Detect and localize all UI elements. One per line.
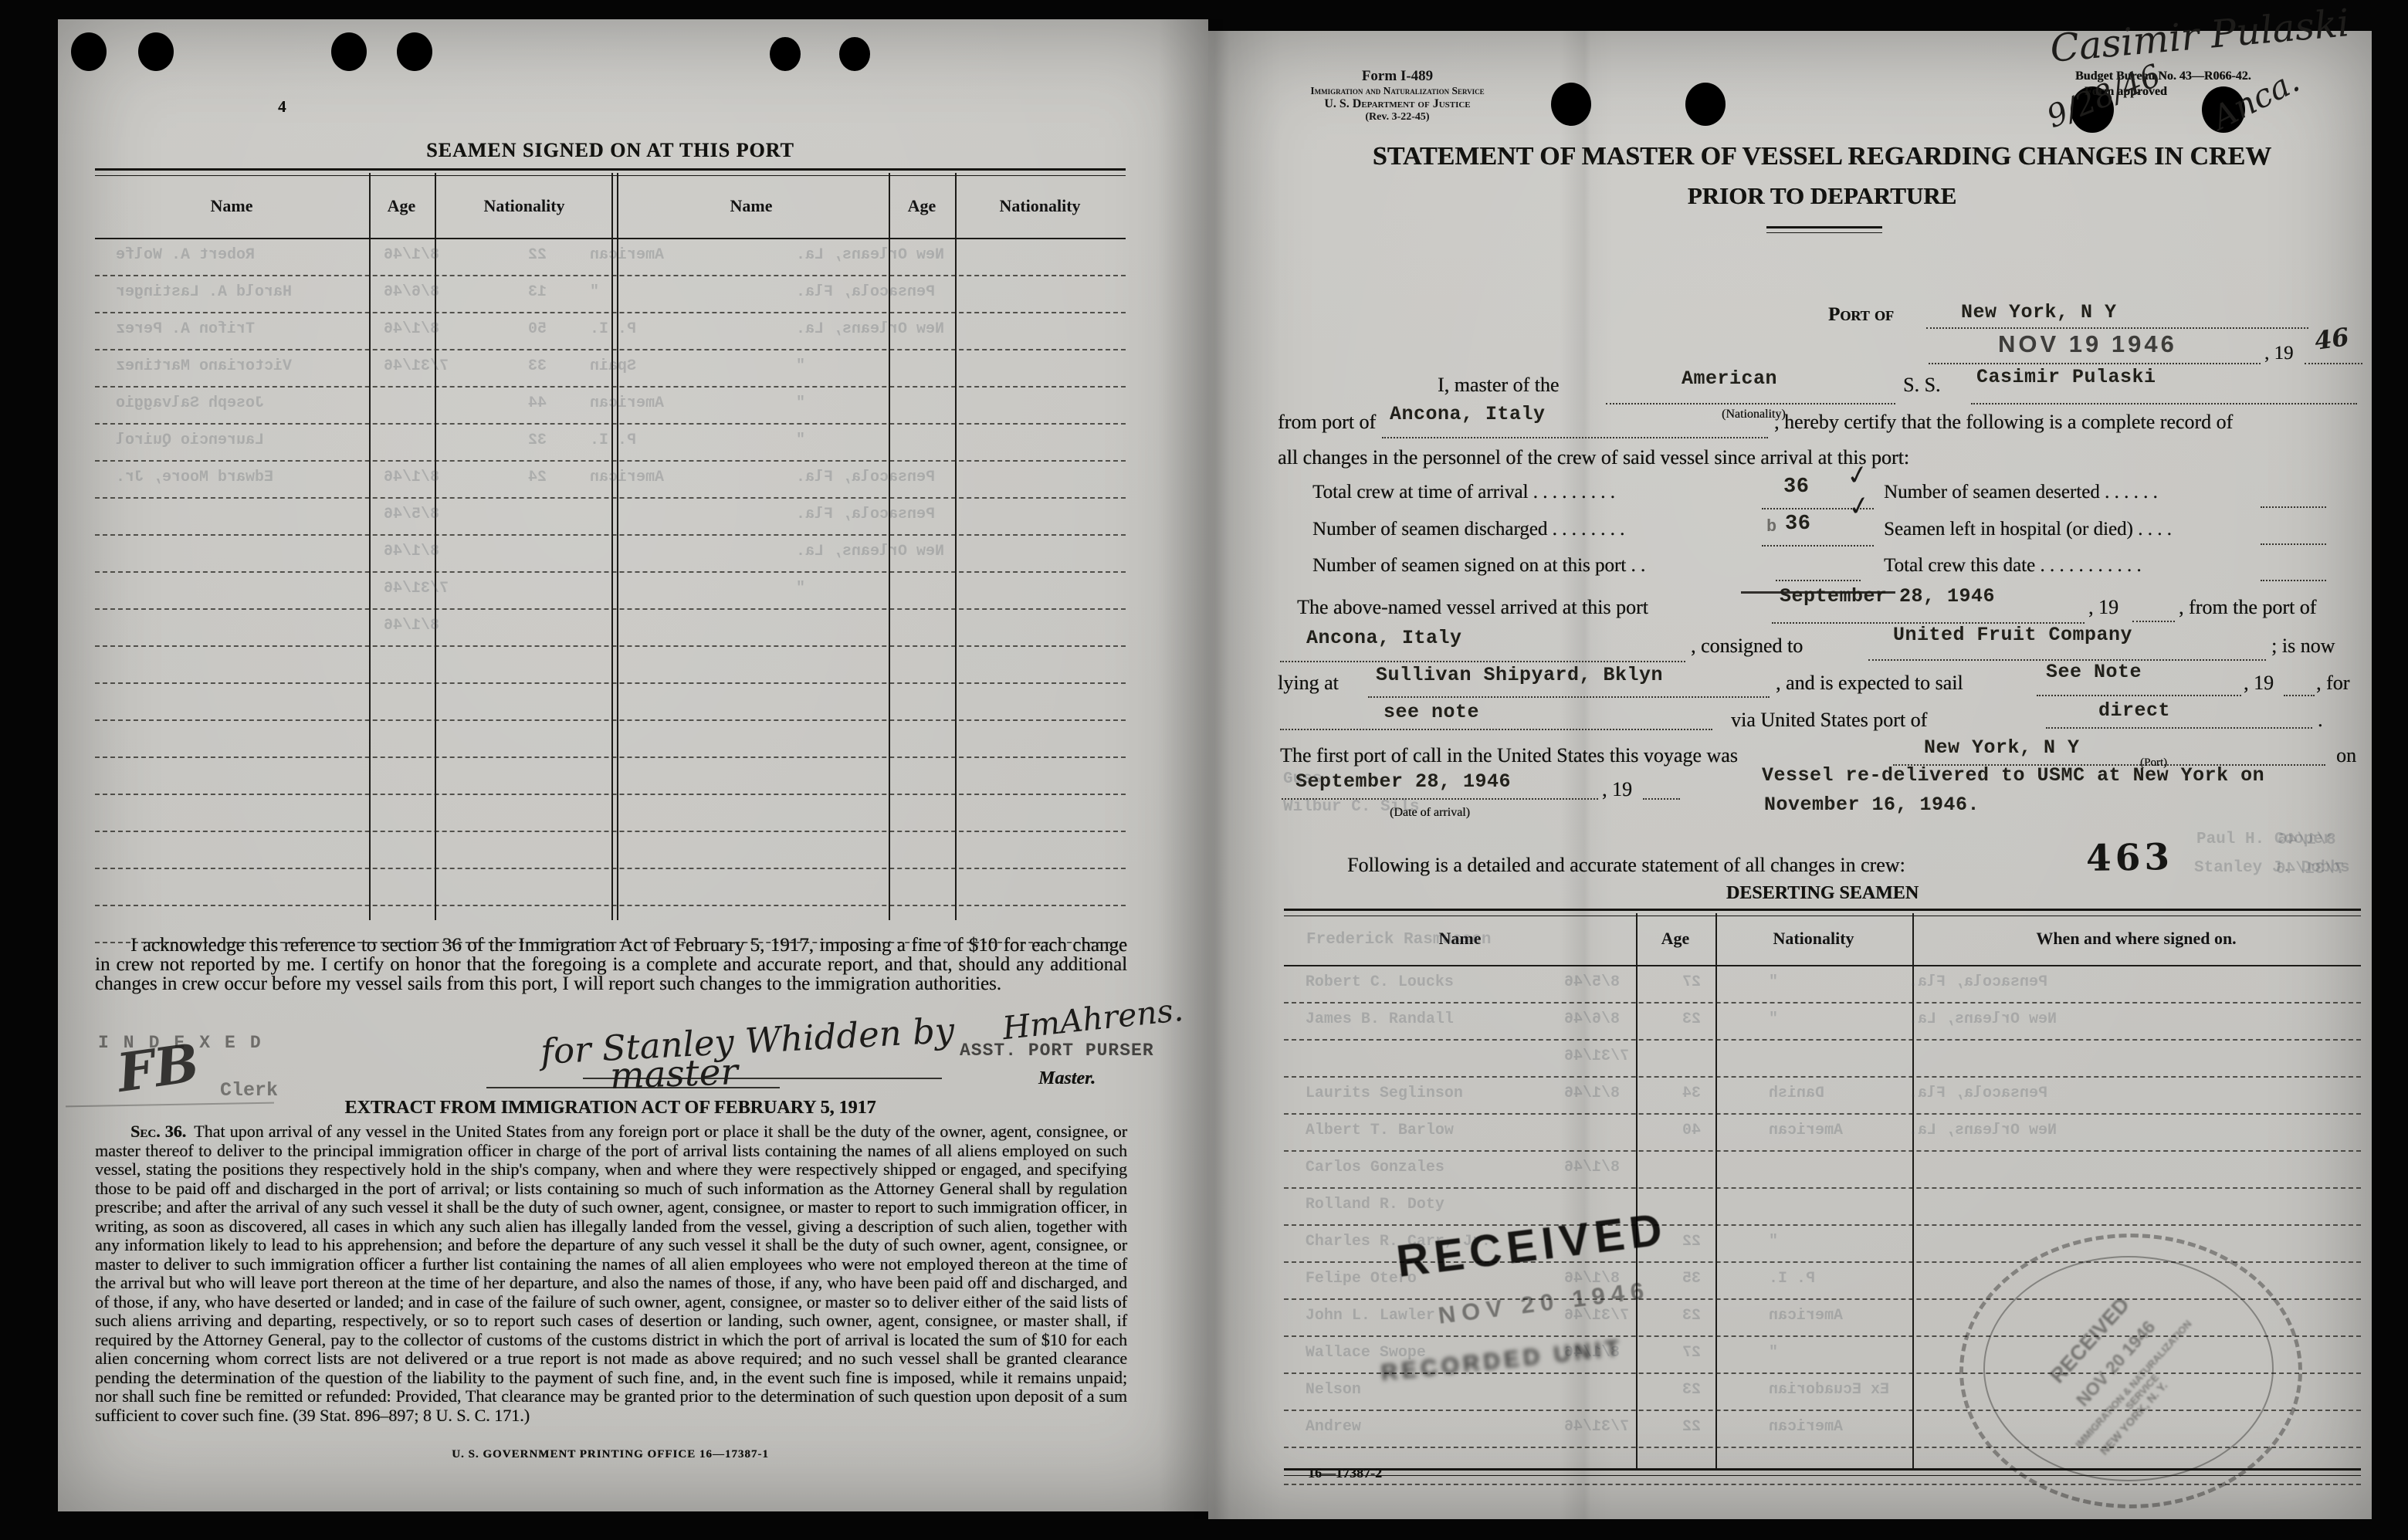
master-line [486, 1087, 780, 1088]
column-header: Nationality [999, 196, 1080, 216]
arrived-19-blank [2132, 621, 2175, 622]
date-received-stamp: NOV 19 1946 [1998, 330, 2177, 358]
bleed-through-text: 44 [528, 394, 547, 412]
bleed-through-text: " [590, 283, 599, 301]
bleed-through-text: 23 [1682, 1381, 1701, 1399]
bleed-through-text: 8/1/46 [384, 543, 439, 560]
table-row: Trifon A. Perez50P. I.8/1/46New Orleans,… [95, 313, 1126, 350]
bleed-through-text: Danish [1769, 1085, 1824, 1102]
form-id-block: Form I-489 Immigration and Naturalizatio… [1278, 68, 1517, 124]
column-header: When and where signed on. [2036, 929, 2236, 949]
page-number: 4 [278, 97, 286, 117]
column-header: Nationality [1773, 929, 1854, 949]
via-blank2 [2046, 727, 2312, 729]
consigned-blank1 [1280, 661, 1685, 662]
table-row: James B. Randall23"8/6/46New Orleans, La… [1284, 1004, 2361, 1041]
sec36-paragraph: Sec. 36.That upon arrival of any vessel … [95, 1122, 1127, 1425]
table-top-rule [1284, 909, 2361, 916]
vessel-value: Casimir Pulaski [1976, 366, 2156, 388]
table-body: Robert A. Wolfe22American8/1/46New Orlea… [95, 239, 1126, 943]
table-row [95, 758, 1126, 795]
arrival-date-value: September 28, 1946 [1295, 770, 1511, 793]
bleed-through-text: Guss [1283, 770, 1322, 788]
sec36-lead: Sec. 36. [130, 1122, 186, 1141]
bleed-through-text: Victoriano Martinez [116, 357, 292, 375]
left-page-title: SEAMEN SIGNED ON AT THIS PORT [95, 139, 1126, 162]
via-period: . [2318, 709, 2323, 732]
column-header: Age [908, 196, 936, 216]
consigned-mid: , consigned to [1691, 635, 1803, 658]
bleed-through-text: 27 [1682, 1344, 1701, 1362]
via-blank [1280, 729, 1712, 730]
bleed-through-text: American [1769, 1418, 1843, 1436]
table-row: Joseph Salvaggio44American" [95, 388, 1126, 425]
bleed-through-text: New Orleans, La. [796, 543, 944, 560]
bleed-through-text: 7/31/46 [1564, 1048, 1629, 1065]
via-port: direct [2098, 699, 2170, 722]
bleed-through-text: 8/5/46 [1564, 973, 1620, 991]
firstport-value: New York, N Y [1924, 736, 2080, 759]
bleed-through-text: Pensacola, Fla. [796, 469, 935, 486]
bleed-through-text: Laurencio Quirol [116, 432, 264, 449]
table-row [95, 832, 1126, 869]
table-row: 7/31/46" [95, 573, 1126, 610]
lying-pre: lying at [1278, 672, 1339, 695]
bleed-through-text: " [1769, 1010, 1778, 1028]
bleed-through-text: 8/5/46 [384, 506, 439, 523]
seamen-signed-table: Name Age Nationality Name Age Nationalit… [95, 168, 1126, 920]
bleed-through-text: 23 [1682, 1307, 1701, 1325]
bleed-through-text: Edward Moore, Jr. [116, 469, 273, 486]
crew-number-stamp: 463 [2086, 836, 2174, 880]
stat-label: Number of seamen deserted . . . . . . [1884, 482, 2158, 503]
department-name: U. S. Department of Justice [1278, 97, 1517, 111]
bleed-through-text: James B. Randall [1306, 1010, 1454, 1028]
arrived-date: September 28, 1946 [1780, 585, 1995, 608]
bleed-through-text: 50 [528, 320, 547, 338]
table-row: Robert A. Wolfe22American8/1/46New Orlea… [95, 239, 1126, 276]
bleed-through-text: Laurits Seglinson [1306, 1085, 1463, 1102]
bleed-through-text: American [590, 246, 664, 264]
bleed-through-text: 8/1/46 [384, 469, 439, 486]
fromport-blank [1382, 437, 1768, 438]
asst-port-purser-stamp: ASST. PORT PURSER [960, 1041, 1154, 1061]
fromport-value: Ancona, Italy [1390, 403, 1546, 425]
date-blank [1929, 363, 2261, 364]
punch-hole [138, 32, 174, 71]
lying-blank [1368, 696, 1770, 698]
left-page-footer: U. S. GOVERNMENT PRINTING OFFICE 16—1738… [95, 1448, 1126, 1461]
lying-mid: , and is expected to sail [1776, 672, 1963, 695]
bleed-through-text: 8/1/46 [2278, 831, 2336, 849]
bleed-through-text: Wilbur C. Sils [1283, 798, 1419, 816]
lying-value: Sullivan Shipyard, Bklyn [1376, 664, 1663, 686]
punch-hole [71, 32, 107, 71]
bleed-through-text: Pensacola, Fla. [1908, 973, 2047, 991]
bleed-through-text: Trifon A. Perez [116, 320, 255, 338]
table-row [95, 795, 1126, 832]
bleed-through-text: American [1769, 1122, 1843, 1139]
consigned-post: ; is now [2271, 635, 2335, 658]
via-value: see note [1383, 701, 1479, 723]
bleed-through-text: 22 [1682, 1233, 1701, 1251]
circular-ins-stamp: RECEIVED NOV 20 1946 IMMIGRATION & NATUR… [1959, 1234, 2302, 1508]
sail-blank [2037, 695, 2241, 696]
bleed-through-text: " [796, 394, 805, 412]
bleed-through-text: 8/1/46 [1564, 1159, 1620, 1176]
table-row: Carlos Gonzales8/1/46 [1284, 1152, 2361, 1189]
deserting-heading: DESERTING SEAMEN [1284, 883, 2361, 904]
bleed-through-text: Nelson [1306, 1381, 1361, 1399]
extract-title: EXTRACT FROM IMMIGRATION ACT OF FEBRUARY… [95, 1098, 1126, 1119]
bleed-through-text: Pensacola, Fla. [1908, 1085, 2047, 1102]
bleed-through-text: Spain [590, 357, 636, 375]
bleed-through-text: 7/31/46 [384, 580, 449, 597]
sail-value: See Note [2046, 661, 2142, 683]
bleed-through-text: Frederick Rasmussen [1306, 931, 1491, 949]
title-rule [1766, 226, 1882, 233]
bleed-through-text: 8/6/46 [1564, 1010, 1620, 1028]
port-blank [1926, 327, 2308, 329]
redelivery-line2: November 16, 1946. [1764, 794, 1980, 816]
column-header: Nationality [483, 196, 564, 216]
bleed-through-text: 27 [1682, 973, 1701, 991]
circular-stamp-inner-ring [1983, 1256, 2274, 1481]
table-row: Albert T. Barlow40AmericanNew Orleans, L… [1284, 1115, 2361, 1152]
via-mid: via United States port of [1731, 709, 1927, 732]
fromport-label: from port of [1278, 411, 1376, 434]
bleed-through-text: American [590, 394, 664, 412]
bleed-through-text: Pensacola, Fla. [796, 283, 935, 301]
consignee-value: United Fruit Company [1893, 624, 2132, 646]
port-of-label: Port of [1828, 304, 1894, 326]
bleed-through-text: Carlos Gonzales [1306, 1159, 1444, 1176]
table-row: Robert C. Loucks27"8/5/46Pensacola, Fla. [1284, 966, 2361, 1004]
clerk-initials: FB [113, 1032, 203, 1105]
bleed-through-text: New Orleans, La. [796, 320, 944, 338]
table-top-rule [95, 168, 1126, 176]
revision-label: (Rev. 3-22-45) [1278, 111, 1517, 124]
bleed-through-text: 24 [528, 469, 547, 486]
consigned-port: Ancona, Italy [1306, 627, 1462, 649]
bleed-through-text: 35 [1682, 1270, 1701, 1288]
firstport-pre: The first port of call in the United Sta… [1280, 744, 1738, 767]
table-row: Harold A. Lastinger13"8/6/46Pensacola, F… [95, 276, 1126, 313]
column-header: Age [1661, 929, 1690, 949]
table-row: Laurencio Quirol32P. I." [95, 425, 1126, 462]
table-row [95, 869, 1126, 906]
column-header: Name [211, 196, 253, 216]
bleed-through-text: 8/1/46 [384, 320, 439, 338]
nationality-value: American [1682, 367, 1777, 390]
bleed-through-text: P. I. [590, 320, 636, 338]
bleed-through-text: 7/31/46 [1564, 1418, 1629, 1436]
bleed-through-text: Robert C. Loucks [1306, 973, 1454, 991]
page-crease [1158, 19, 1282, 1519]
bleed-through-text: P. I. [590, 432, 636, 449]
bleed-through-text: 8/1/46 [384, 246, 439, 264]
punch-hole [1551, 83, 1591, 126]
stat-value: 36 [1783, 476, 1809, 499]
table-row: 8/1/46New Orleans, La. [95, 536, 1126, 573]
nationality-blank [1606, 403, 1895, 404]
ss-label: S. S. [1903, 374, 1940, 397]
arrived-pre: The above-named vessel arrived at this p… [1297, 596, 1648, 619]
bleed-through-text: Rolland R. Doty [1306, 1196, 1444, 1213]
bleed-through-text: P. I. [1769, 1270, 1815, 1288]
punch-hole [1685, 83, 1726, 126]
stray-mark: b [1766, 517, 1777, 536]
bleed-through-text: Ex Ecuadorian [1769, 1381, 1889, 1399]
form-number: Form I-489 [1278, 68, 1517, 85]
punch-hole [331, 32, 367, 71]
bleed-through-text: New Orleans, La. [796, 246, 944, 264]
bleed-through-text: 8/1/46 [1564, 1085, 1620, 1102]
acknowledgement-paragraph: I acknowledge this reference to section … [95, 936, 1127, 993]
year-printed: , 19 [2264, 343, 2294, 364]
lying-for: , for [2316, 672, 2349, 695]
port-small-label: (Port) [2140, 756, 2167, 770]
table-row: Edward Moore, Jr.24American8/1/46Pensaco… [95, 462, 1126, 499]
bleed-through-text: Robert A. Wolfe [116, 246, 255, 264]
table-row: Rolland R. Doty [1284, 1189, 2361, 1226]
stat-blank [2261, 506, 2326, 508]
fromport-post: , hereby certify that the following is a… [1774, 411, 2233, 434]
bleed-through-text: 8/6/46 [384, 283, 439, 301]
bleed-through-text: New Orleans, La. [1908, 1010, 2057, 1028]
table-row: 8/1/46 [95, 610, 1126, 647]
bleed-through-text: " [1769, 1233, 1778, 1251]
bleed-through-text: Andrew [1306, 1418, 1361, 1436]
bleed-through-text: 22 [528, 246, 547, 264]
right-page-footer: 16—17387-2 [1308, 1465, 1382, 1481]
bleed-through-text: John L. Lawler [1306, 1307, 1435, 1325]
column-header: Age [388, 196, 416, 216]
table-row: Victoriano Martinez33Spain7/31/46" [95, 350, 1126, 388]
arrival-date-19-blank [1643, 798, 1680, 800]
bleed-through-text: 40 [1682, 1122, 1701, 1139]
stat-blank [1776, 580, 1861, 581]
bleed-through-text: 7/31/46 [2276, 861, 2344, 878]
bleed-through-text: 33 [528, 357, 547, 375]
arrived-19: , 19 [2088, 596, 2118, 619]
redelivery-line1: Vessel re-delivered to USMC at New York … [1762, 764, 2264, 787]
bleed-through-text: Albert T. Barlow [1306, 1122, 1454, 1139]
bleed-through-text: 23 [1682, 1010, 1701, 1028]
punch-hole [397, 32, 432, 71]
bleed-through-text: Joseph Salvaggio [116, 394, 264, 412]
master-label: Master. [1038, 1068, 1096, 1089]
bleed-through-text: 13 [528, 283, 547, 301]
bleed-through-text: American [590, 469, 664, 486]
sec36-text: That upon arrival of any vessel in the U… [95, 1122, 1127, 1425]
stat-value: 36 [1785, 513, 1810, 536]
bleed-through-text: " [1769, 973, 1778, 991]
vessel-blank [1971, 403, 2357, 404]
punch-hole [839, 37, 870, 71]
lying-19-blank [2284, 695, 2315, 696]
table-row: 8/5/46Pensacola, Fla. [95, 499, 1126, 536]
firstport-on: on [2336, 744, 2356, 767]
bleed-through-text: 8/1/46 [384, 617, 439, 635]
bleed-through-text: " [1769, 1344, 1778, 1362]
stat-label: Total crew this date . . . . . . . . . .… [1884, 555, 2142, 577]
year-blank [2305, 363, 2362, 364]
stat-blank [2261, 580, 2326, 581]
year-value: 46 [2313, 322, 2351, 356]
stat-label: Number of seamen discharged . . . . . . … [1312, 519, 1624, 540]
master-pre: I, master of the [1438, 374, 1559, 397]
bleed-through-text: 34 [1682, 1085, 1701, 1102]
punch-hole [770, 37, 801, 71]
port-value: New York, N Y [1961, 301, 2117, 323]
bleed-through-text: Pensacola, Fla. [796, 506, 935, 523]
bleed-through-text: " [796, 357, 805, 375]
table-row: 7/31/46 [1284, 1041, 2361, 1078]
handwritten-master: master [609, 1051, 739, 1098]
bleed-through-text: 22 [1682, 1418, 1701, 1436]
arrived-post: , from the port of [2179, 596, 2316, 619]
column-header: Name [730, 196, 773, 216]
stat-label: Number of seamen signed on at this port … [1312, 555, 1645, 577]
bleed-through-text: " [796, 580, 805, 597]
stat-blank [1762, 545, 1874, 547]
form-title-line1: STATEMENT OF MASTER OF VESSEL REGARDING … [1297, 142, 2347, 171]
table-row [95, 721, 1126, 758]
stat-blank [2261, 543, 2326, 545]
stat-label: Total crew at time of arrival . . . . . … [1312, 482, 1615, 503]
bleed-through-text: American [1769, 1307, 1843, 1325]
bleed-through-text: New Orleans, La. [1908, 1122, 2057, 1139]
stat-label: Seamen left in hospital (or died) . . . … [1884, 519, 2172, 540]
table-row [95, 647, 1126, 684]
bleed-through-text: " [796, 432, 805, 449]
lying-19: , 19 [2244, 672, 2274, 695]
all-changes-line: all changes in the personnel of the crew… [1278, 446, 1909, 469]
agency-name: Immigration and Naturalization Service [1278, 85, 1517, 97]
arrival-date-19: , 19 [1602, 778, 1632, 801]
bleed-through-text: Harold A. Lastinger [116, 283, 292, 301]
table-row: Laurits Seglinson34Danish8/1/46Pensacola… [1284, 1078, 2361, 1115]
bleed-through-text: 32 [528, 432, 547, 449]
table-row [95, 684, 1126, 721]
following-line: Following is a detailed and accurate sta… [1347, 854, 1905, 877]
bleed-through-text: 7/31/46 [384, 357, 449, 375]
form-title-line2: PRIOR TO DEPARTURE [1297, 182, 2347, 210]
scanned-document: 4 SEAMEN SIGNED ON AT THIS PORT Name Age… [0, 0, 2408, 1540]
